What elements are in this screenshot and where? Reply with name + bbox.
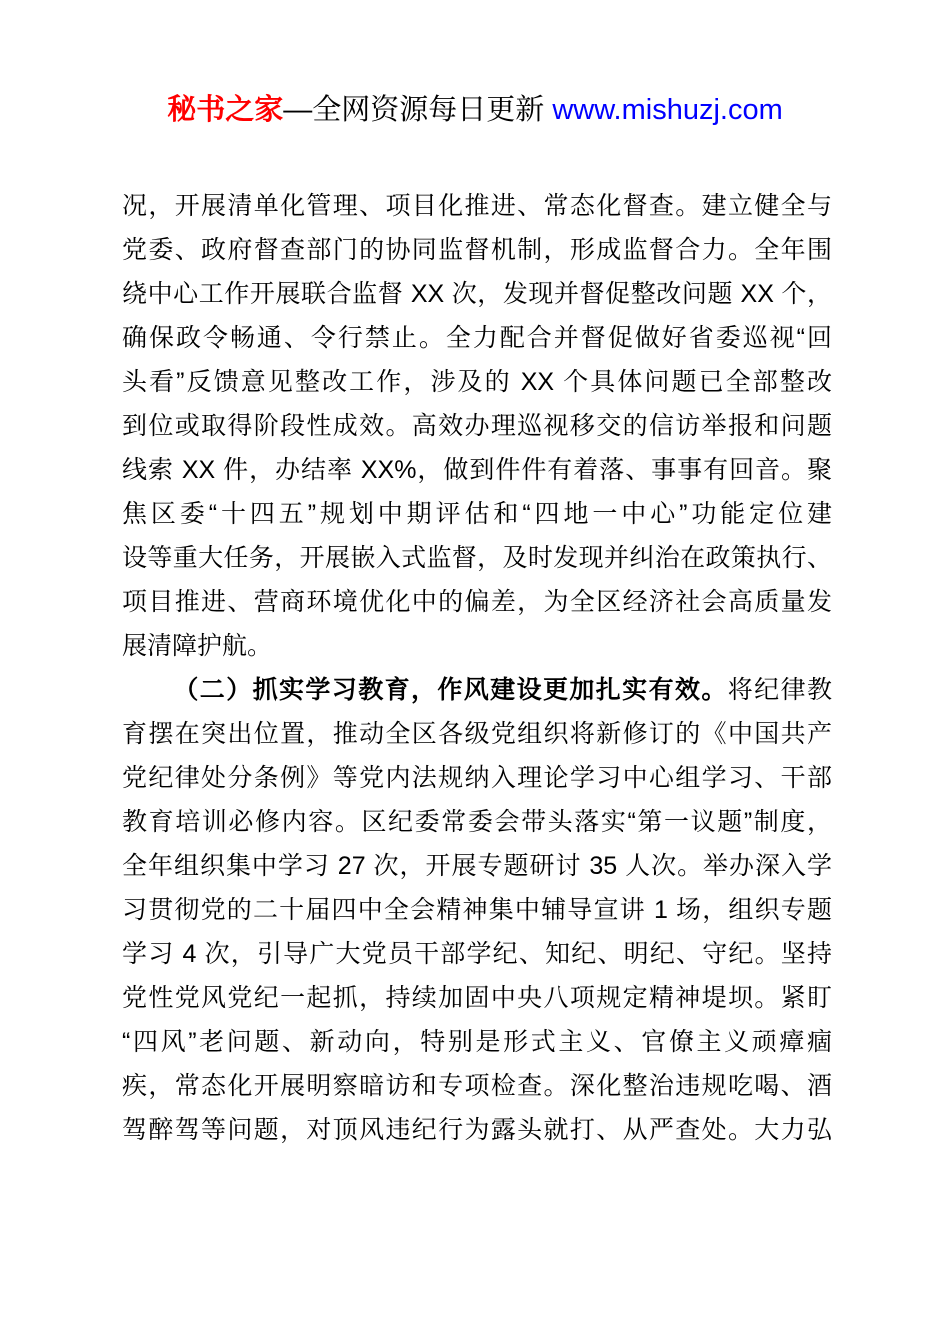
text-line-p1-6: 到位或取得阶段性成效。高效办理巡视移交的信访举报和问题: [122, 404, 832, 448]
first-line-indent: [122, 697, 172, 698]
text-line-p2-5: 全年组织集中学习 27 次，开展专题研讨 35 人次。举办深入学: [122, 844, 832, 888]
text-line-p2-11: 驾醉驾等问题，对顶风违纪行为露头就打、从严查处。大力弘: [122, 1108, 832, 1152]
site-url[interactable]: www.mishuzj.com: [552, 94, 782, 126]
text-line-p1-3: 绕中心工作开展联合监督 XX 次，发现并督促整改问题 XX 个，: [122, 272, 832, 316]
text-line-p1-9: 设等重大任务，开展嵌入式监督，及时发现并纠治在政策执行、: [122, 536, 832, 580]
section-heading: （二）抓实学习教育，作风建设更加扎实有效。: [172, 676, 728, 704]
text-line-p1-4: 确保政令畅通、令行禁止。全力配合并督促做好省委巡视“回: [122, 316, 832, 360]
text-line-p2-10: 疾，常态化开展明察暗访和专项检查。深化整治违规吃喝、酒: [122, 1064, 832, 1108]
site-brand: 秘书之家: [167, 94, 283, 126]
site-tagline: 全网资源每日更新: [312, 94, 544, 126]
text-line-p1-5: 头看”反馈意见整改工作，涉及的 XX 个具体问题已全部整改: [122, 360, 832, 404]
text-line-p2-6: 习贯彻党的二十届四中全会精神集中辅导宣讲 1 场，组织专题: [122, 888, 832, 932]
text-line-p2-2: 育摆在突出位置，推动全区各级党组织将新修订的《中国共产: [122, 712, 832, 756]
text-line-p2-1: （二）抓实学习教育，作风建设更加扎实有效。将纪律教: [122, 668, 832, 712]
text-line-p1-2: 党委、政府督查部门的协同监督机制，形成监督合力。全年围: [122, 228, 832, 272]
text-line-p1-1: 况，开展清单化管理、项目化推进、常态化督查。建立健全与: [122, 184, 832, 228]
document-body: 况，开展清单化管理、项目化推进、常态化督查。建立健全与党委、政府督查部门的协同监…: [122, 184, 832, 1152]
text-line-p2-9: “四风”老问题、新动向，特别是形式主义、官僚主义顽瘴痼: [122, 1020, 832, 1064]
text-line-p1-10: 项目推进、营商环境优化中的偏差，为全区经济社会高质量发: [122, 580, 832, 624]
header-dash: —: [283, 94, 312, 126]
text-line-p1-7: 线索 XX 件，办结率 XX%，做到件件有着落、事事有回音。聚: [122, 448, 832, 492]
text-line-p2-7: 学习 4 次，引导广大党员干部学纪、知纪、明纪、守纪。坚持: [122, 932, 832, 976]
document-page: 秘书之家—全网资源每日更新 www.mishuzj.com 况，开展清单化管理、…: [0, 0, 950, 1344]
text-line-p1-11: 展清障护航。: [122, 624, 832, 668]
text-line-p2-4: 教育培训必修内容。区纪委常委会带头落实“第一议题”制度，: [122, 800, 832, 844]
text-line-p2-3: 党纪律处分条例》等党内法规纳入理论学习中心组学习、干部: [122, 756, 832, 800]
text-line-p2-8: 党性党风党纪一起抓，持续加固中央八项规定精神堤坝。紧盯: [122, 976, 832, 1020]
site-header: 秘书之家—全网资源每日更新 www.mishuzj.com: [0, 92, 950, 128]
text-line-p1-8: 焦区委“十四五”规划中期评估和“四地一中心”功能定位建: [122, 492, 832, 536]
